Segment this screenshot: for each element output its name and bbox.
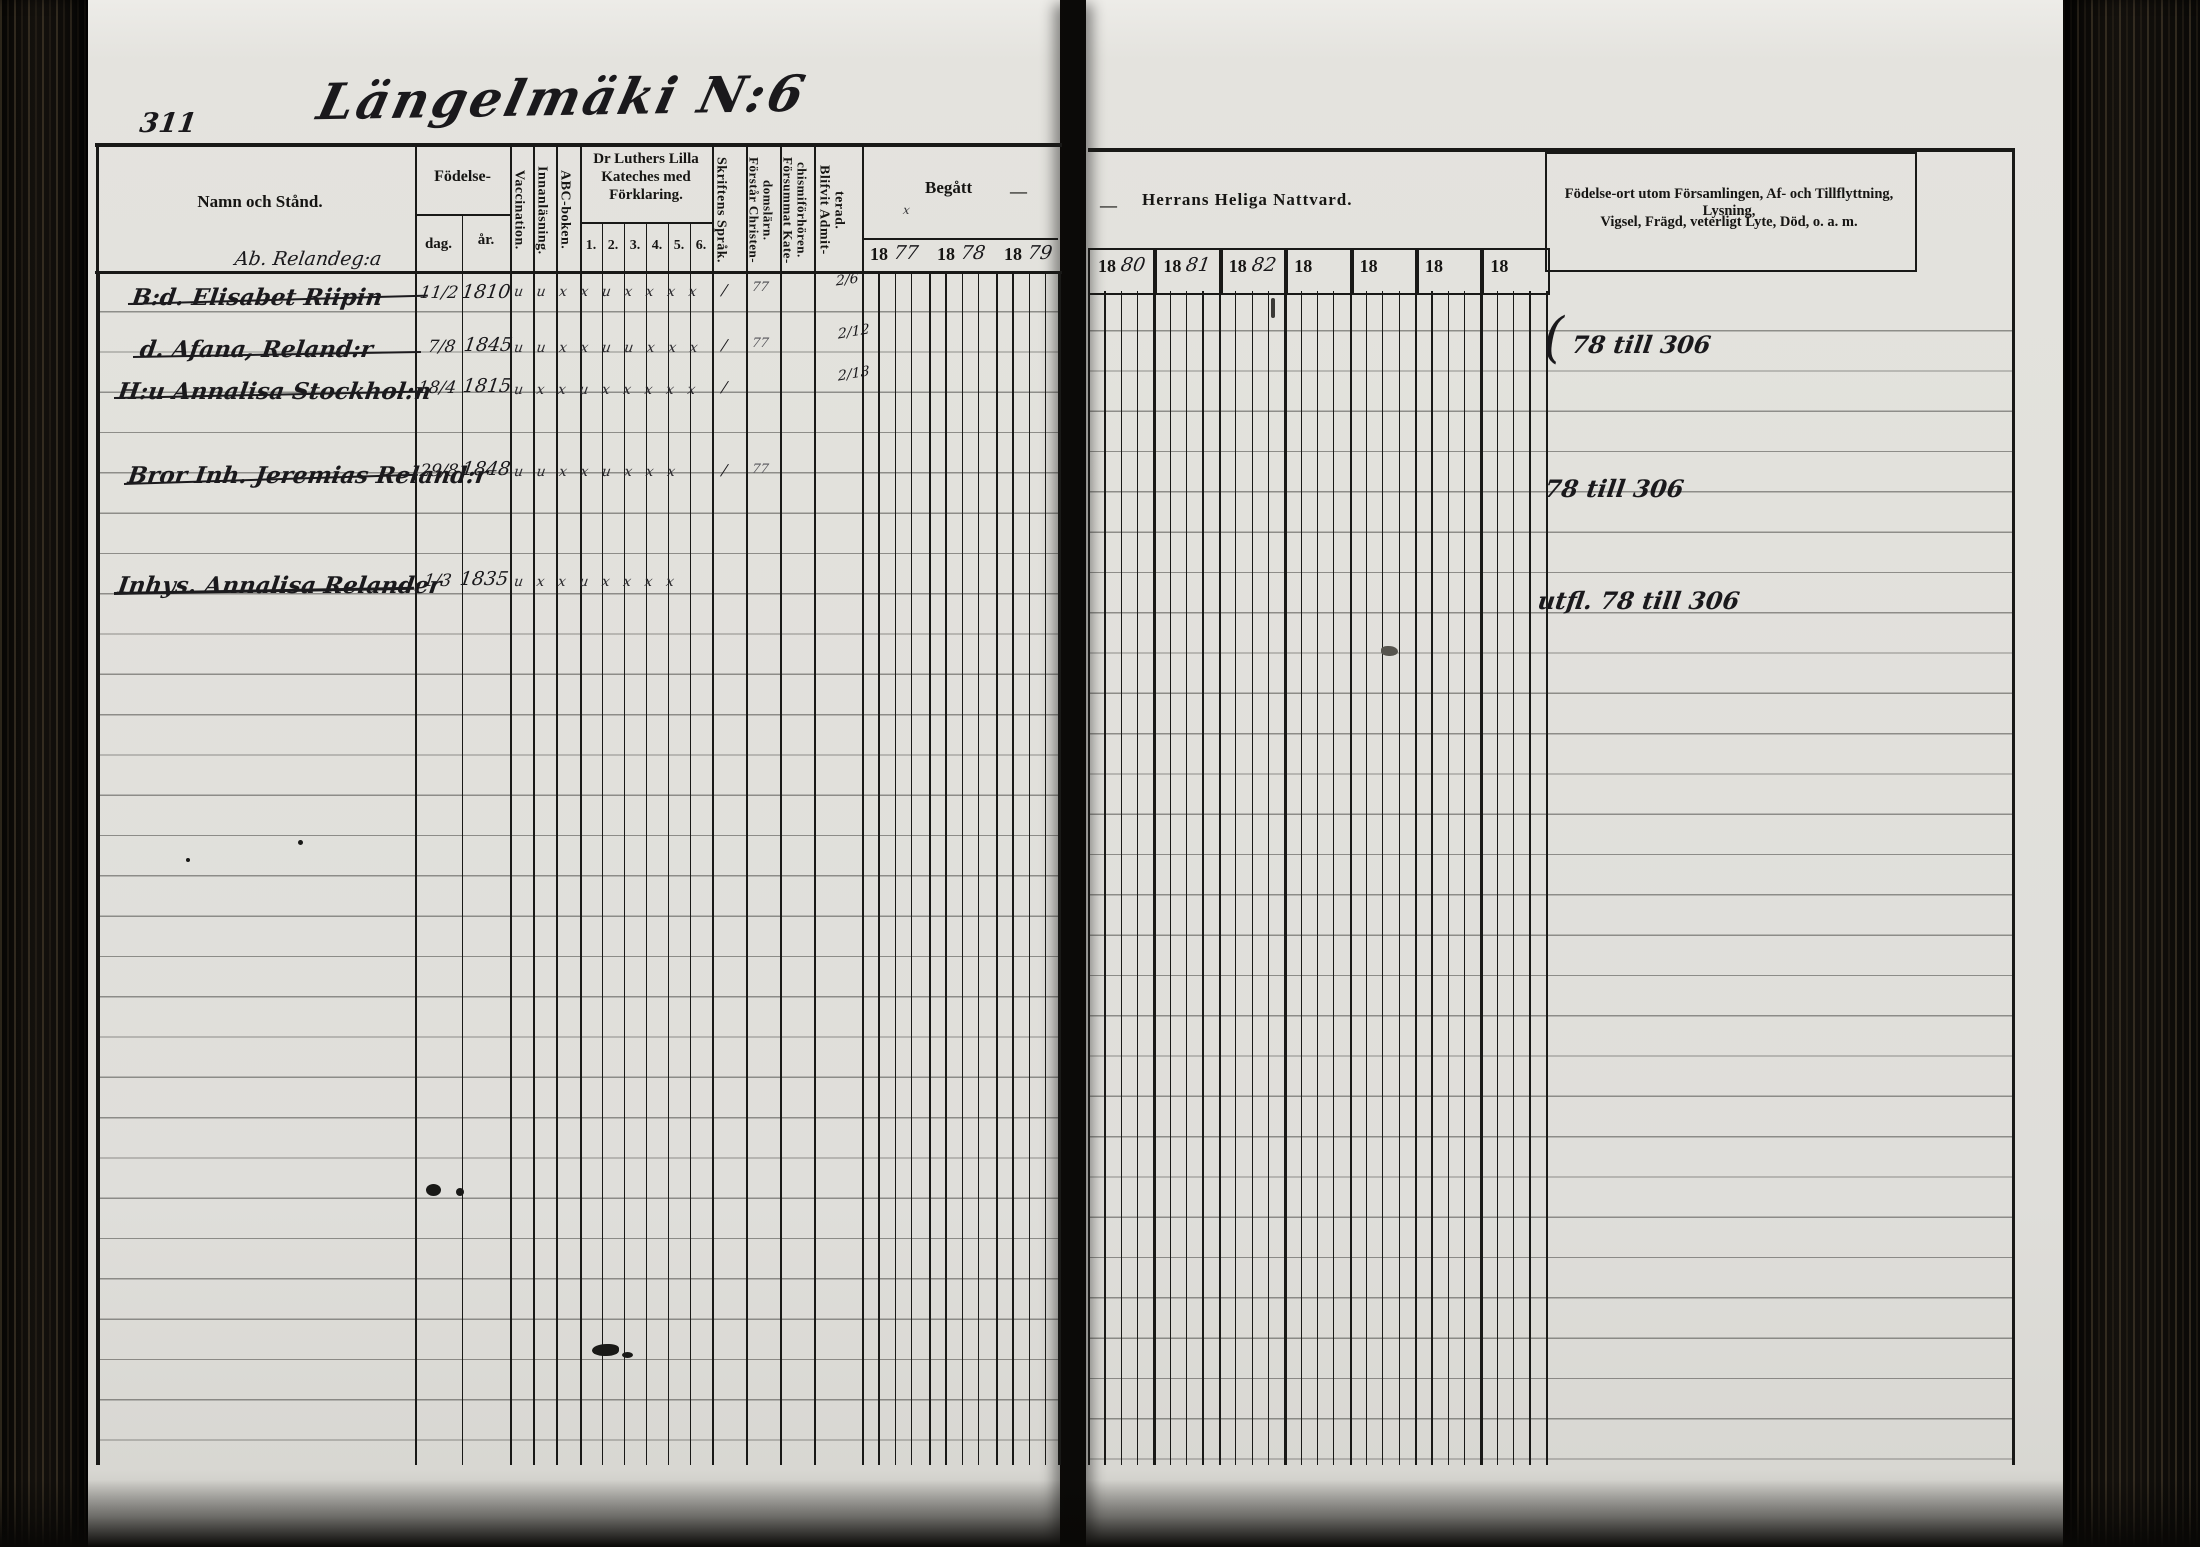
- entry-ticks: uxxuxxxxx: [513, 382, 710, 398]
- col-header-skriftens: Skriftens Språk.: [713, 150, 745, 270]
- grid-line: [624, 223, 625, 272]
- begatt-label: Begått: [925, 178, 972, 198]
- year-handwritten: 79: [1026, 242, 1053, 264]
- ink-spot: [456, 1188, 464, 1196]
- col-header-dag: dag.: [415, 236, 462, 253]
- grid-line: [712, 145, 714, 272]
- year-printed: 18: [1425, 256, 1443, 277]
- ink-spot: [622, 1352, 633, 1358]
- entry-ar: 1848: [460, 458, 511, 480]
- entry-dag: 1/3: [423, 571, 453, 591]
- year-printed: 18: [870, 244, 888, 265]
- col-header-fodelse: Födelse-: [415, 168, 510, 186]
- book-gutter: [1060, 0, 1086, 1547]
- entry-forstar-mark: 77: [751, 462, 770, 477]
- annotation-brace: (: [1543, 306, 1564, 369]
- entry-forstar-mark: 77: [751, 336, 770, 351]
- entry-dag: 7/8: [427, 337, 457, 357]
- grid-line: [780, 145, 782, 272]
- col-header-forsummat: Försummat Kate- chismiförhören.: [781, 150, 813, 270]
- transfer-annotation: utfl. 78 till 306: [1536, 586, 1741, 615]
- grid-line: [746, 145, 748, 272]
- grid-line: [533, 145, 535, 272]
- grid-line: [814, 145, 816, 272]
- kateches-number: 2.: [602, 238, 624, 254]
- entry-ar: 1810: [460, 281, 511, 303]
- smudge: [1381, 646, 1398, 656]
- ink-spot: [186, 858, 190, 862]
- page-number: 311: [138, 108, 199, 139]
- book-scan: 311 Längelmäki N:6 Namn och Stånd. Födel…: [0, 0, 2200, 1547]
- kateches-number: 5.: [668, 238, 690, 254]
- entry-name: d. Afana, Reland:r: [138, 336, 375, 363]
- year-handwritten: 81: [1185, 254, 1212, 276]
- col-header-kateches: Dr Luthers Lilla Kateches med Förklaring…: [582, 150, 710, 204]
- kateches-number: 1.: [580, 238, 602, 254]
- transfer-annotation: 78 till 306: [1570, 330, 1713, 359]
- right-table-right-border: [2012, 148, 2015, 1465]
- entry-ar: 1815: [461, 375, 512, 397]
- entry-name: Inhys. Annalisa Relander: [116, 572, 443, 599]
- grid-line: [668, 223, 669, 272]
- left-ruled-lines: [97, 272, 1060, 1465]
- right-table-top-border: [1088, 148, 2015, 152]
- kateches-number: 3.: [624, 238, 646, 254]
- ink-spot: [426, 1184, 441, 1196]
- grid-line: [646, 223, 647, 272]
- col-header-vaccination: Vaccination.: [511, 150, 533, 270]
- entry-ticks: uuxxuuxxx: [513, 340, 712, 356]
- book-edge-left: [0, 0, 88, 1547]
- smudge: [1271, 298, 1275, 318]
- year-handwritten: 80: [1119, 254, 1146, 276]
- col-header-ar: år.: [462, 232, 510, 249]
- year-printed: 18: [1098, 256, 1116, 277]
- year-printed: 18: [1360, 256, 1378, 277]
- year-printed: 18: [1163, 256, 1181, 277]
- right-ruled-lines: [1088, 291, 2012, 1465]
- grid-line: [556, 145, 558, 272]
- nattvard-label: Herrans Heliga Nattvard.: [1142, 190, 1353, 210]
- year-printed: 18: [937, 244, 955, 265]
- left-table-top-border: [95, 143, 1062, 147]
- grid-line: [580, 145, 582, 272]
- transfer-annotation: 78 till 306: [1543, 474, 1686, 503]
- ink-spot: [298, 840, 303, 845]
- entry-ar: 1845: [462, 334, 513, 356]
- year-printed: 18: [1490, 256, 1508, 277]
- entry-dag: 11/2: [419, 283, 460, 303]
- book-edge-right: [2063, 0, 2200, 1547]
- grid-line: [862, 145, 864, 272]
- page-title: Längelmäki N:6: [312, 64, 813, 131]
- year-handwritten: 77: [892, 242, 919, 264]
- kateches-number: 6.: [690, 238, 712, 254]
- year-printed: 18: [1229, 256, 1247, 277]
- entry-ar: 1835: [458, 568, 509, 590]
- kateches-number: 4.: [646, 238, 668, 254]
- col-header-innanlasning: Innanläsning.: [534, 150, 556, 270]
- grid-line: [602, 223, 603, 272]
- entry-ticks: uuxxuxxx: [513, 464, 690, 480]
- ink-spot: [592, 1344, 619, 1356]
- entry-dag: 18/4: [417, 378, 458, 398]
- col-header-blifvit: Blifvit Admit- terad.: [816, 150, 860, 270]
- entry-ticks: uuxxuxxxx: [513, 284, 711, 300]
- col-header-abc: ABC-boken.: [557, 150, 579, 270]
- year-printed: 18: [1004, 244, 1022, 265]
- family-heading: Ab. Relandeg:a: [233, 248, 383, 270]
- notes-header-line2: Vigsel, Frägd, veterligt Lyte, Död, o. a…: [1552, 214, 1906, 231]
- col-header-forstar: Förstår Christen- domslärn.: [747, 150, 779, 270]
- grid-line: [690, 223, 691, 272]
- grid-line: [510, 145, 512, 272]
- grid-line: [415, 145, 417, 272]
- year-printed: 18: [1294, 256, 1312, 277]
- year-handwritten: 78: [959, 242, 986, 264]
- entry-ticks: uxxuxxxx: [513, 574, 689, 590]
- nattvard-dash: —: [1100, 196, 1117, 216]
- year-handwritten: 82: [1250, 254, 1277, 276]
- entry-dag: 29/8: [419, 461, 460, 481]
- entry-admit-date: 2/6: [836, 271, 859, 290]
- col-header-namn: Namn och Stånd.: [115, 192, 405, 212]
- grid-line: [462, 215, 463, 272]
- begatt-dash: —: [1010, 182, 1027, 202]
- entry-forstar-mark: 77: [751, 280, 770, 295]
